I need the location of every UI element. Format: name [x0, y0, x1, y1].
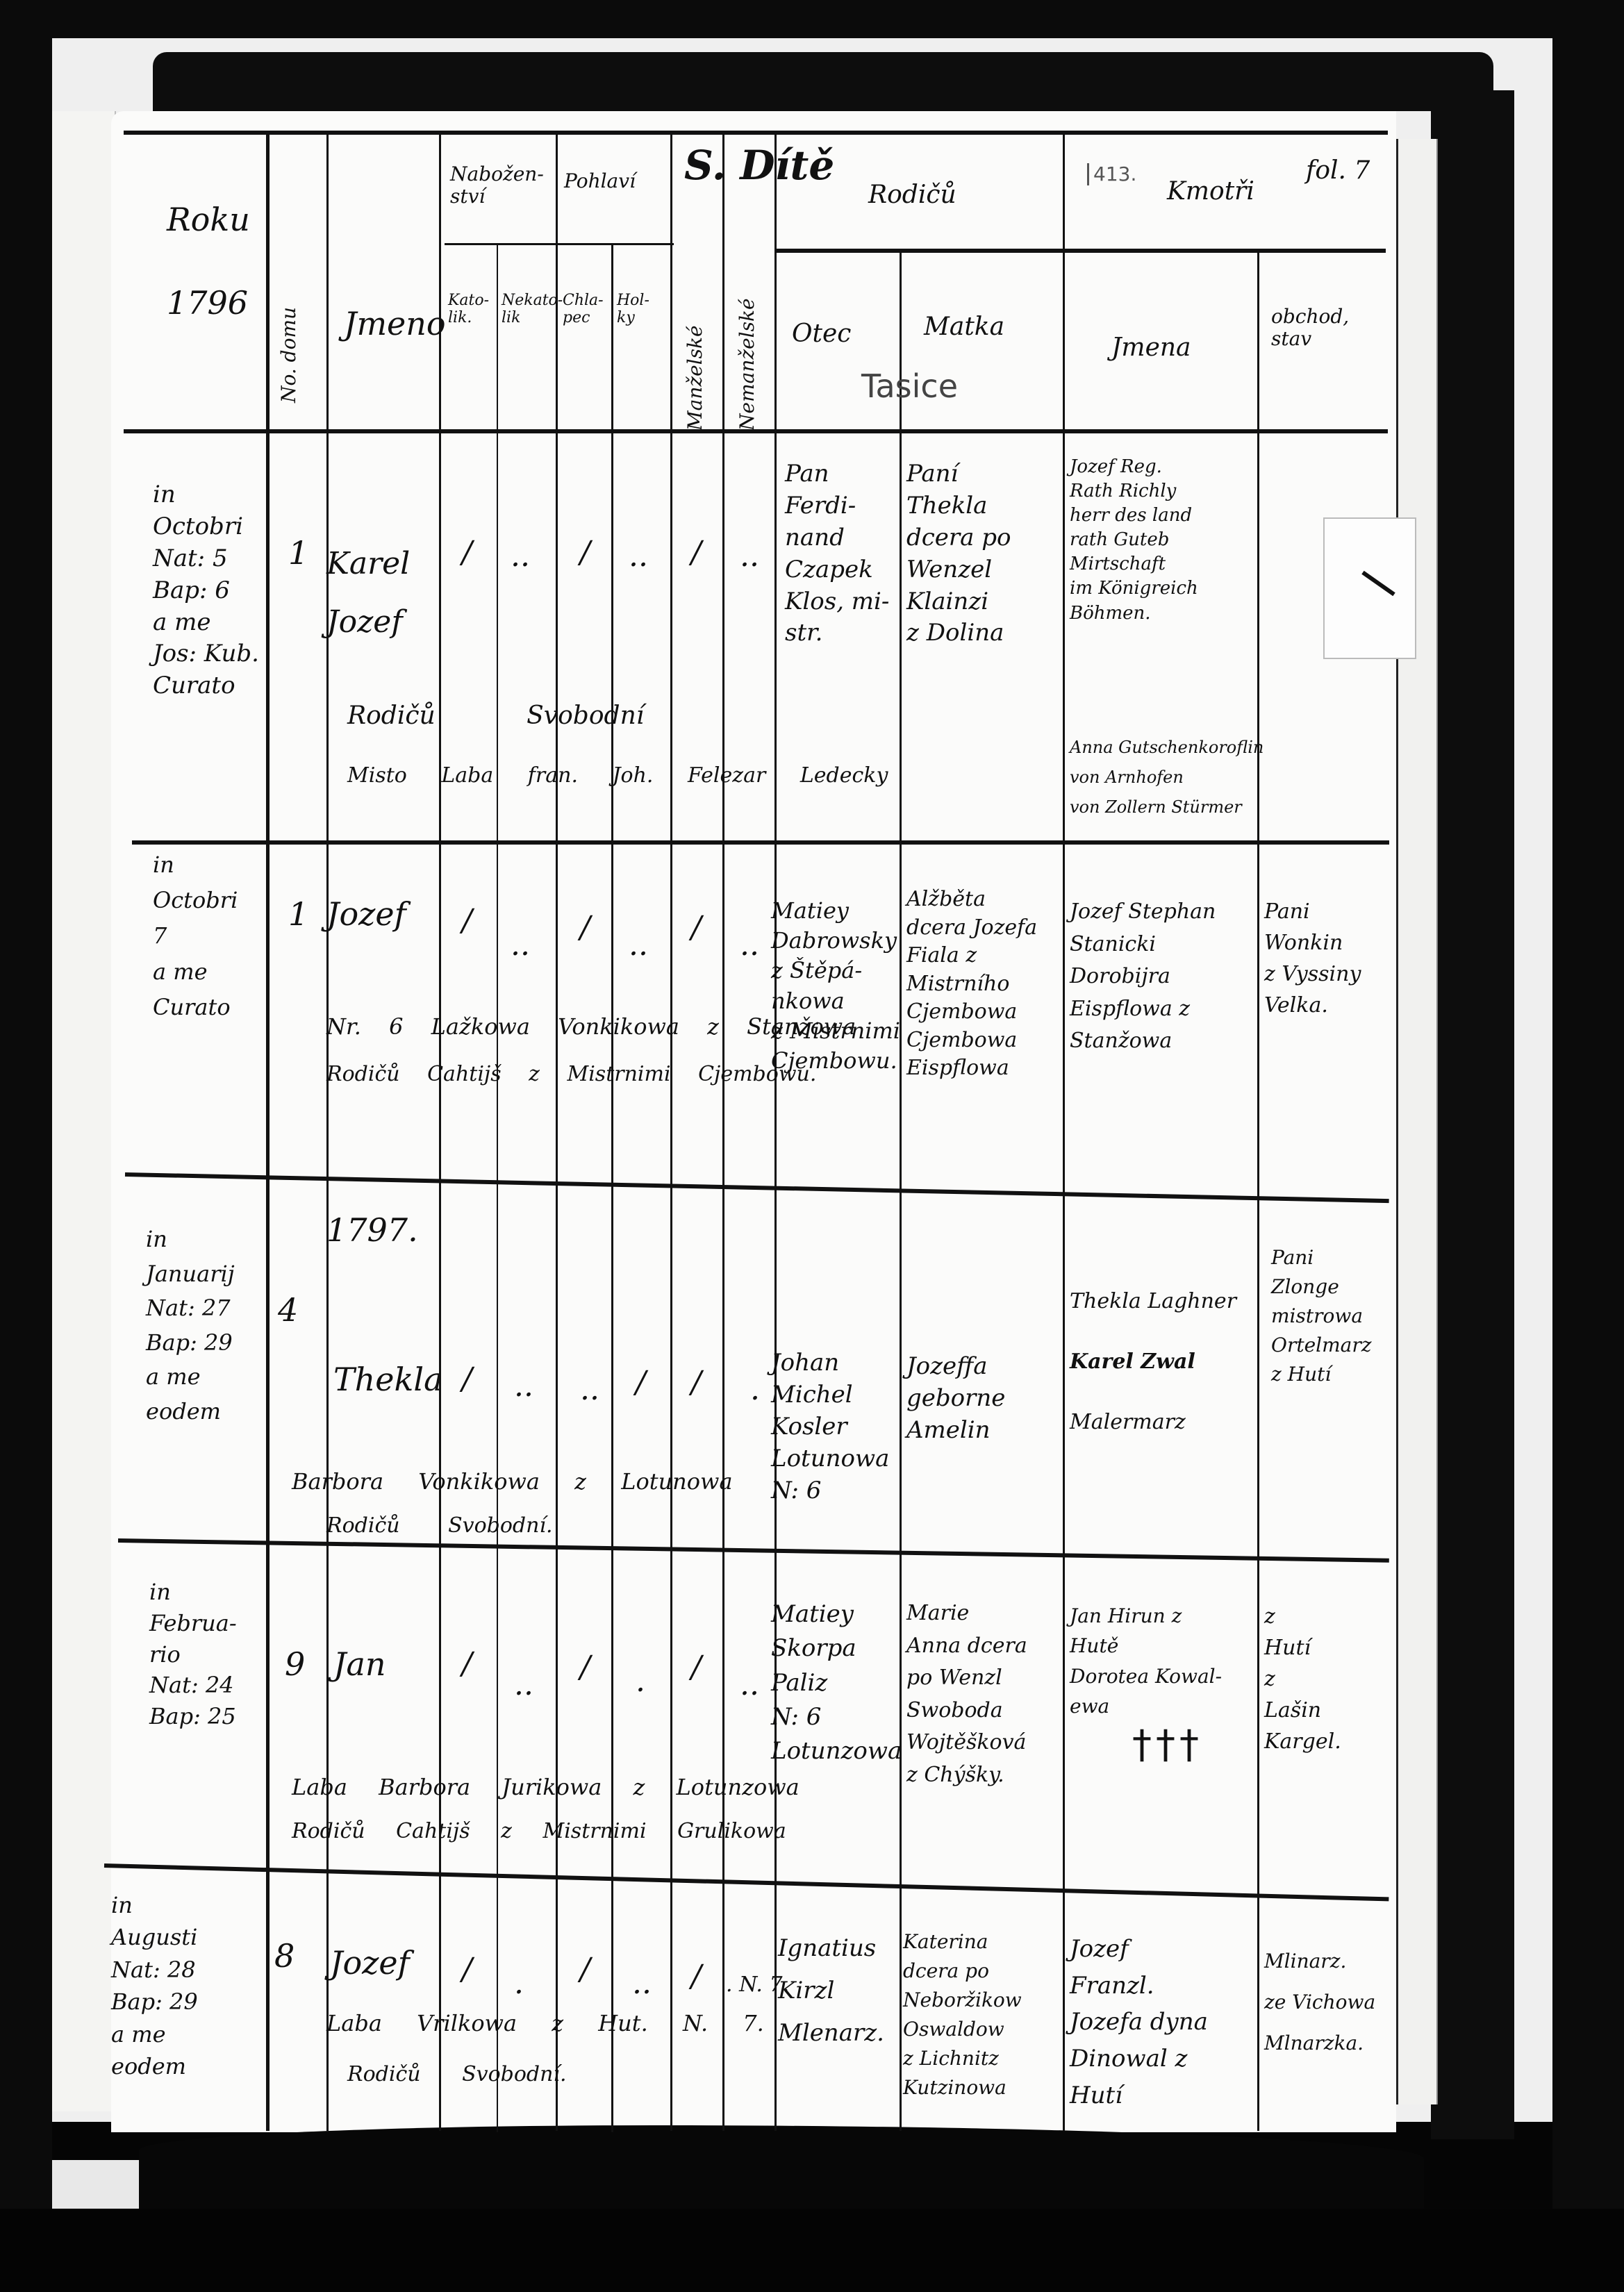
entry-2-remarks: PaniWonkinz Vyssiny Velka.: [1264, 896, 1361, 1021]
entry-3-date: inJanuarijNat: 27 Bap: 29a meeodem: [146, 1222, 235, 1429]
header-legitimate: Manželské: [684, 264, 706, 431]
folio-number: fol. 7: [1306, 156, 1370, 185]
rule-top: [124, 131, 1388, 135]
entry-2-mark-catholic: /: [462, 903, 472, 938]
entry-2-godparents: Jozef StephanStanickiDorobijra Eispflowa…: [1070, 896, 1216, 1058]
entry-4-mark-2: ..: [514, 1667, 533, 1702]
entry-5-mark-boy: /: [580, 1952, 590, 1987]
entry-5-child-name: Jozef: [330, 1945, 410, 1982]
entry-3-note-2: Rodičů Svobodní.: [326, 1514, 553, 1538]
entry-5-date: inAugustiNat: 28 Bap: 29a meeodem: [111, 1889, 198, 2082]
col-rule-mother: [1063, 131, 1065, 2131]
entry-3-godparents: Thekla LaghnerKarel ZwalMalermarz: [1070, 1271, 1236, 1452]
header-roku: Roku: [167, 201, 250, 238]
entry-3-year-mark: 1797.: [326, 1212, 418, 1249]
entry-4-father: MatieySkorpaPaliz N: 6Lotunzowa: [771, 1597, 902, 1768]
entry-2-mark-legit: /: [691, 910, 702, 945]
entry-2-date: inOctobri7 a meCurato: [153, 847, 238, 1025]
entry-4-godparent-crosses: †††: [1132, 1722, 1203, 1768]
col-rule-catholic: [497, 243, 498, 2132]
header-godparent-names: Jmena: [1111, 333, 1191, 362]
header-godparents: Kmotři: [1167, 177, 1254, 206]
header-sex: Pohlaví: [564, 170, 636, 192]
scan-frame-top: [0, 0, 1624, 38]
entry-1-mark-boy: /: [580, 535, 590, 570]
header-name: Jmeno: [344, 306, 446, 342]
col-rule-date: [266, 131, 270, 2131]
entry-1-child-name: KarelJozef: [326, 535, 410, 651]
header-father: Otec: [792, 319, 851, 348]
entry-3-mark-3: ..: [580, 1372, 599, 1407]
header-illegitimate: Nemanželské: [736, 208, 759, 431]
entry-4-house-no: 9: [285, 1646, 305, 1683]
entry-5-father: IgnatiusKirzlMlenarz.: [778, 1927, 884, 2055]
header-girl: Hol-ky: [617, 292, 665, 327]
entry-5-godparents: JozefFranzl.Jozefa dyna Dinowal zHutí: [1070, 1931, 1208, 2114]
entry-5-mark-catholic: /: [462, 1952, 472, 1987]
place-annotation: Tasice: [861, 368, 958, 405]
entry-5-mark-4: ..: [632, 1966, 652, 2001]
entry-5-house-no: 8: [274, 1938, 295, 1975]
entry-5-remarks: Mlinarz.ze VichowaMlnarzka.: [1264, 1941, 1375, 2063]
entry-4-godparents: Jan Hirun zHutěDorotea Kowal- ewa: [1070, 1601, 1222, 1722]
header-year: 1796: [167, 285, 248, 322]
rule-entry-1-bottom: [132, 840, 1389, 845]
scan-frame-bottom: [0, 2209, 1624, 2292]
entry-4-mark-boy: /: [580, 1650, 590, 1685]
entry-2-father: MatieyDabrowskyz Štěpá- nkowaz Mistrnimi…: [771, 896, 900, 1076]
header-catholic: Kato-lik.: [448, 292, 493, 327]
rule-subheader-religion: [445, 243, 674, 245]
book-cover-top: [153, 52, 1493, 111]
entry-1-father: PanFerdi-nand CzapekKlos, mi-str.: [785, 458, 889, 649]
book-cover-right: [1431, 90, 1514, 2139]
entry-3-mark-girl: /: [636, 1365, 646, 1400]
entry-4-note-1: Laba Barbora Jurikowa z Lotunzowa: [292, 1775, 799, 1800]
scan-frame-left: [0, 0, 52, 2292]
col-rule-father: [900, 249, 902, 2131]
entry-5-note-2: Rodičů Svobodní.: [347, 2063, 567, 2087]
entry-2-note-1: Nr. 6 Lažkowa Vonkikowa z Stanžowa: [326, 1014, 856, 1040]
header-child-label: S. Dítě: [684, 142, 834, 189]
rule-subheader-parents: [774, 249, 1386, 253]
entry-2-mark-6: ..: [740, 927, 759, 963]
entry-1-mark-6: ..: [740, 538, 759, 574]
entry-4-child-name: Jan: [333, 1646, 386, 1683]
header-occupation: obchod, stav: [1271, 306, 1375, 350]
entry-2-note-2: Rodičů Cahtijš z Mistrnimi Cjembowu.: [326, 1063, 816, 1087]
entry-3-mark-6: .: [750, 1372, 760, 1407]
header-mother: Matka: [924, 313, 1004, 341]
entry-1-mark-legit: /: [691, 535, 702, 570]
entry-3-remarks: PaniZlongemistrowa Ortelmarzz Hutí: [1271, 1243, 1372, 1389]
entry-2-mother: Alžbětadcera JozefaFiala z MistrníhoCjem…: [906, 886, 1037, 1083]
entry-2-house-no: 1: [288, 896, 308, 933]
entry-4-remarks: zHutíz LašinKargel.: [1264, 1601, 1341, 1757]
entry-3-child-name: Thekla: [333, 1361, 443, 1398]
entry-3-father: JohanMichelKosler LotunowaN: 6: [771, 1347, 889, 1506]
archive-stamp: 413.: [1087, 163, 1136, 185]
entry-3-mark-catholic: /: [462, 1361, 472, 1397]
entry-4-mark-legit: /: [691, 1650, 702, 1685]
col-rule-godparents: [1257, 249, 1259, 2131]
entry-4-mark-4: .: [636, 1663, 645, 1699]
entry-5-note-1: Laba Vrilkowa z Hut. N. 7.: [326, 2011, 764, 2036]
entry-4-mark-catholic: /: [462, 1646, 472, 1681]
entry-5-mark-legit: /: [691, 1959, 702, 1994]
torn-page-bottom: [139, 2125, 1424, 2209]
entry-2-child-name: Jozef: [326, 896, 406, 933]
header-house-no: No. domu: [278, 264, 300, 403]
entry-3-house-no: 4: [278, 1292, 298, 1329]
entry-2-mark-4: ..: [629, 927, 648, 963]
entry-1-mark-2: ..: [511, 538, 530, 574]
entry-1-mark-catholic: /: [462, 535, 472, 570]
header-boy: Chla-pec: [563, 292, 608, 327]
entry-1-godparents: Jozef Reg.Rath Richlyherr des land rath …: [1070, 455, 1198, 626]
header-religion: Nabožen-ství: [450, 163, 554, 208]
scan-frame-right: [1552, 0, 1624, 2292]
entry-4-note-2: Rodičů Cahtijš z Mistrnimi Grulikowa: [292, 1820, 786, 1844]
entry-2-mark-2: ..: [511, 927, 530, 963]
entry-1-note-2: Misto Laba fran. Joh. Felezar Ledecky: [347, 764, 888, 788]
entry-3-note-1: Barbora Vonkikowa z Lotunowa: [292, 1469, 733, 1495]
entry-1-mother: PaníThekladcera po WenzelKlainziz Dolina: [906, 458, 1011, 649]
entry-3-mark-legit: /: [691, 1365, 702, 1400]
entry-1-godparent-note: Anna Gutschenkoroflinvon Arnhofenvon Zol…: [1070, 733, 1263, 823]
right-page-stack: [1396, 139, 1438, 2104]
entry-1-mark-4: ..: [629, 538, 648, 574]
header-non-catholic: Nekato-lik: [502, 292, 550, 327]
entry-1-note-1: Rodičů Svobodní: [347, 701, 644, 730]
entry-4-mother: MarieAnna dcerapo Wenzl SwobodaWojtěškov…: [906, 1597, 1027, 1791]
entry-5-mother: Katerinadcera poNeboržikow Oswaldowz Lic…: [903, 1927, 1022, 2102]
left-page-edge: [52, 111, 116, 2111]
entry-1-house-no: 1: [288, 535, 308, 572]
entry-4-mark-6: ..: [740, 1667, 759, 1702]
entry-5-mark-2: .: [514, 1966, 524, 2001]
entry-1-date: inOctobriNat: 5 Bap: 6a meJos: Kub. Cura…: [153, 479, 259, 702]
entry-3-mother: JozeffageborneAmelin: [906, 1351, 1005, 1447]
paper-slip: [1323, 517, 1416, 659]
entry-2-mark-boy: /: [580, 910, 590, 945]
entry-3-mark-2: ..: [514, 1368, 533, 1404]
col-rule-boy: [611, 243, 613, 2132]
header-parents: Rodičů: [868, 181, 956, 209]
entry-4-date: inFebrua-rio Nat: 24Bap: 25: [149, 1577, 237, 1732]
